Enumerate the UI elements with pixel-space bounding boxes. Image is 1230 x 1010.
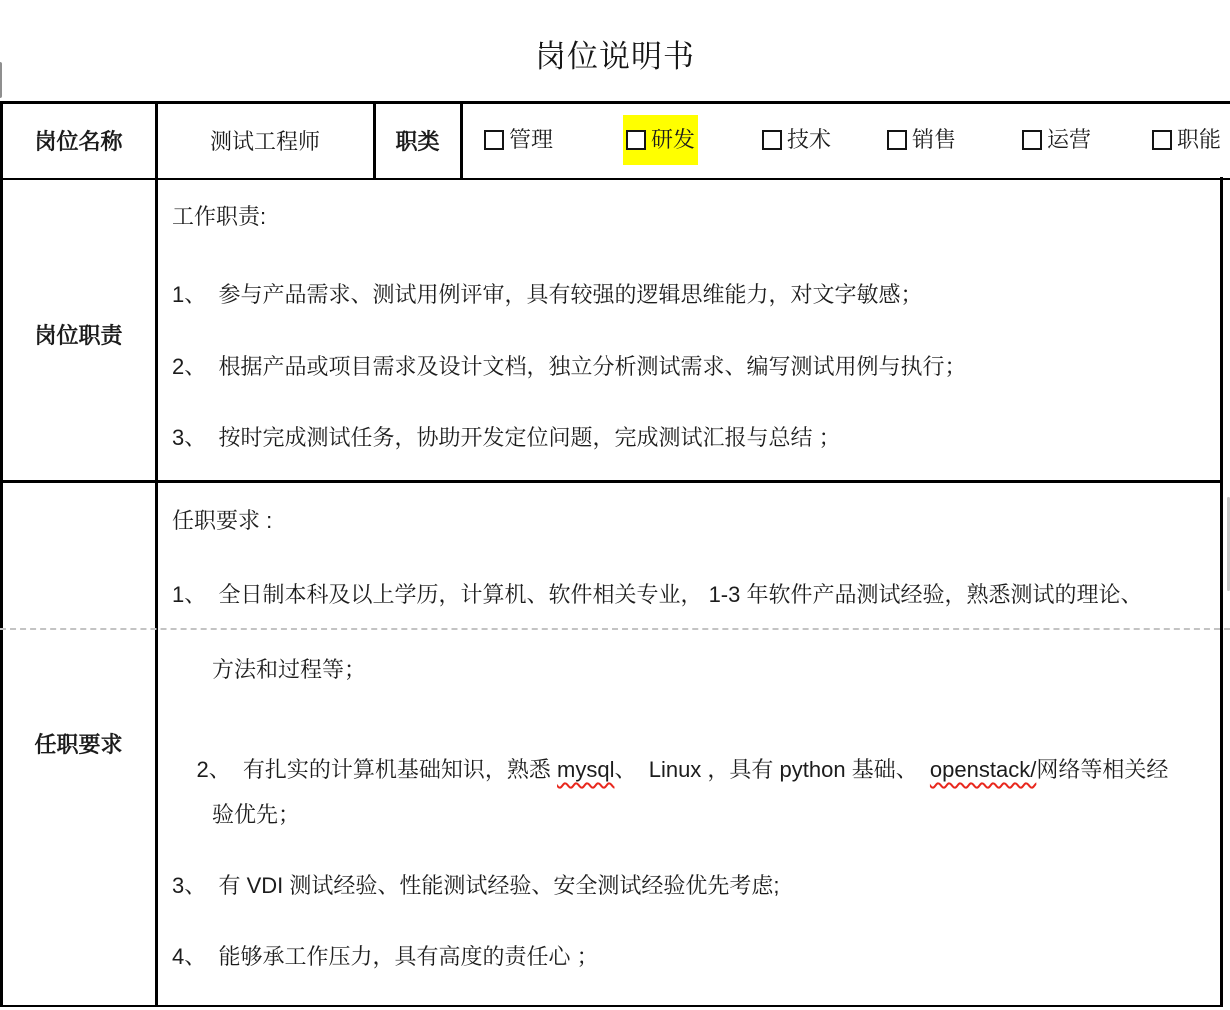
option-label: 技术 [787, 127, 831, 153]
document-title: 岗位说明书 [0, 39, 1230, 75]
document-page: 岗位说明书 岗位名称 测试工程师 职类 管理 研发 技术 销售 [0, 0, 1230, 1010]
checkbox-icon[interactable] [887, 130, 907, 150]
text-segment: 、 Linux ，具有 python 基础、 [614, 757, 929, 782]
requirement-item-continuation: 验优先； [212, 801, 300, 828]
option-technology[interactable]: 技术 [759, 115, 834, 165]
cell-category-label: 职类 [375, 103, 460, 177]
row-label-responsibilities: 岗位职责 [0, 319, 157, 350]
option-label: 职能 [1177, 127, 1221, 153]
spellcheck-underlined-word: openstack/ [930, 757, 1036, 782]
table-border-col1 [155, 101, 158, 1007]
option-label: 研发 [651, 127, 695, 153]
page-break-dashed-line [0, 628, 1230, 630]
position-name-label: 岗位名称 [34, 125, 122, 156]
cell-position-name-label: 岗位名称 [2, 103, 155, 177]
text-segment: 网络等相关经 [1036, 757, 1168, 782]
table-border-bottom [0, 1005, 1223, 1008]
option-function[interactable]: 职能 [1149, 115, 1224, 165]
checkbox-icon[interactable] [626, 130, 646, 150]
table-border-left [0, 101, 3, 1007]
spellcheck-underlined-word: mysql [557, 757, 614, 782]
position-name-value: 测试工程师 [210, 125, 320, 156]
checkbox-icon[interactable] [762, 130, 782, 150]
responsibility-item: 1、 参与产品需求、测试用例评审，具有较强的逻辑思维能力，对文字敏感； [172, 281, 922, 308]
requirements-heading: 任职要求 : [172, 507, 272, 534]
option-operations[interactable]: 运营 [1019, 115, 1094, 165]
option-sales[interactable]: 销售 [884, 115, 959, 165]
checkbox-icon[interactable] [1022, 130, 1042, 150]
requirement-item-continuation: 方法和过程等； [212, 656, 366, 683]
responsibilities-heading: 工作职责: [172, 203, 266, 230]
option-label: 运营 [1047, 127, 1091, 153]
table-border-right [1220, 177, 1223, 1007]
checkbox-icon[interactable] [1152, 130, 1172, 150]
row-label-requirements: 任职要求 [0, 728, 157, 759]
responsibility-item: 3、 按时完成测试任务，协助开发定位问题，完成测试汇报与总结 ； [172, 424, 841, 451]
checkbox-icon[interactable] [484, 130, 504, 150]
requirement-item: 2、 有扎实的计算机基础知识，熟悉 mysql、 Linux ，具有 pytho… [172, 729, 1168, 810]
text-segment: 2、 有扎实的计算机基础知识，熟悉 [196, 757, 557, 782]
category-label: 职类 [395, 125, 439, 156]
requirement-item: 4、 能够承工作压力，具有高度的责任心 ； [172, 943, 599, 970]
option-label: 销售 [912, 127, 956, 153]
table-border-row2 [0, 480, 1223, 483]
cell-position-name-value[interactable]: 测试工程师 [157, 103, 373, 177]
requirement-item: 3、 有 VDI 测试经验、性能测试经验、安全测试经验优先考虑; [172, 872, 779, 899]
cell-category-options: 管理 研发 技术 销售 运营 职能 [462, 101, 1230, 179]
responsibility-item: 2、 根据产品或项目需求及设计文档，独立分析测试需求、编写测试用例与执行； [172, 353, 966, 380]
option-rnd-highlighted[interactable]: 研发 [623, 115, 698, 165]
option-management[interactable]: 管理 [481, 115, 556, 165]
requirement-item: 1、 全日制本科及以上学历，计算机、软件相关专业， 1-3 年软件产品测试经验，… [172, 581, 1143, 608]
option-label: 管理 [509, 127, 553, 153]
